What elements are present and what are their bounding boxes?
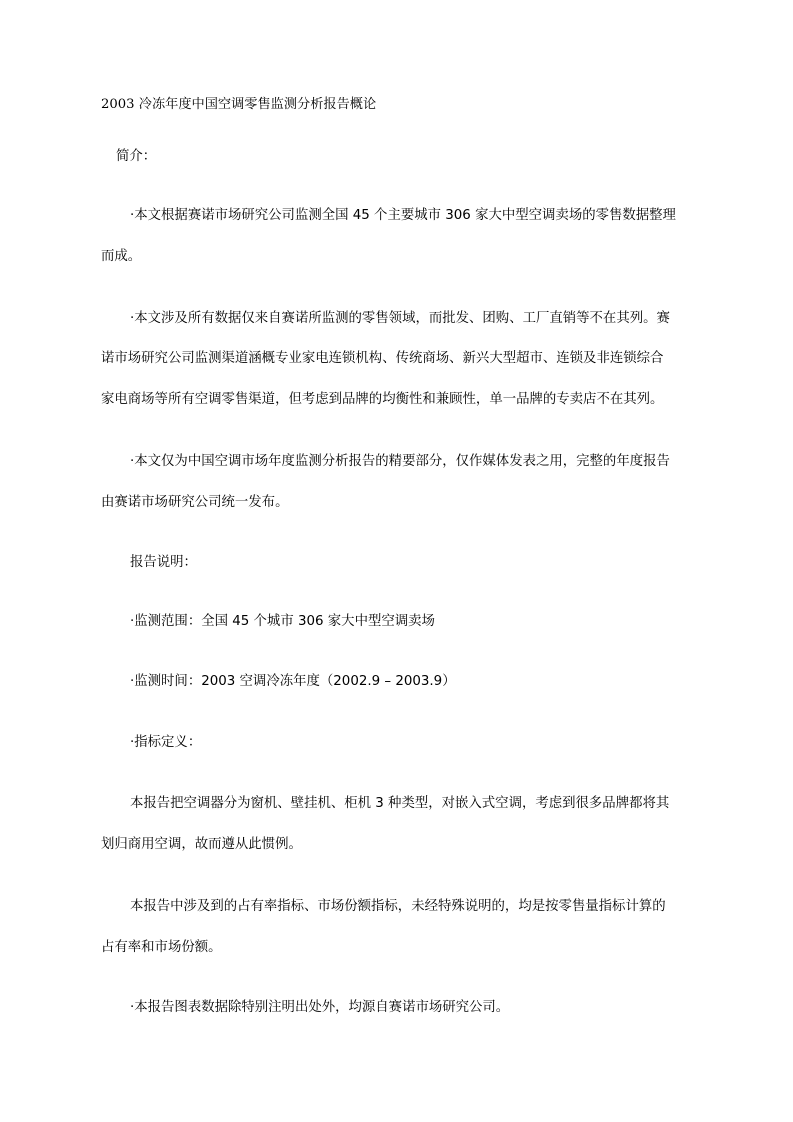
document-page: 2003 冷冻年度中国空调零售监测分析报告概论 简介： ·本文根据赛诺市场研究公… (0, 0, 793, 1122)
definitions-heading: ·指标定义： (130, 734, 730, 752)
definition-1-line-2: 划归商用空调，故而遵从此惯例。 (101, 836, 701, 854)
intro-paragraph-2-line-2: 诺市场研究公司监测渠道涵概专业家电连锁机构、传统商场、新兴大型超市、连锁及非连锁… (101, 350, 701, 368)
intro-paragraph-3-line-1: ·本文仅为中国空调市场年度监测分析报告的精要部分，仅作媒体发表之用，完整的年度报… (130, 453, 730, 471)
definition-2-line-2: 占有率和市场份额。 (101, 939, 701, 957)
document-title: 2003 冷冻年度中国空调零售监测分析报告概论 (101, 96, 701, 114)
intro-paragraph-1-line-1: ·本文根据赛诺市场研究公司监测全国 45 个主要城市 306 家大中型空调卖场的… (130, 207, 730, 225)
definition-2-line-1: 本报告中涉及到的占有率指标、市场份额指标，未经特殊说明的，均是按零售量指标计算的 (130, 898, 730, 916)
intro-heading: 简介： (116, 148, 716, 166)
intro-paragraph-2-line-1: ·本文涉及所有数据仅来自赛诺所监测的零售领域，而批发、团购、工厂直销等不在其列。… (130, 310, 730, 328)
report-notes-heading: 报告说明： (130, 554, 730, 572)
data-source-note: ·本报告图表数据除特别注明出处外，均源自赛诺市场研究公司。 (130, 999, 730, 1017)
intro-paragraph-1-line-2: 而成。 (101, 248, 701, 266)
monitoring-period: ·监测时间：2003 空调冷冻年度（2002.9 – 2003.9） (130, 673, 730, 691)
monitoring-scope: ·监测范围：全国 45 个城市 306 家大中型空调卖场 (130, 613, 730, 631)
intro-paragraph-2-line-3: 家电商场等所有空调零售渠道，但考虑到品牌的均衡性和兼顾性，单一品牌的专卖店不在其… (101, 391, 701, 409)
definition-1-line-1: 本报告把空调器分为窗机、壁挂机、柜机 3 种类型，对嵌入式空调，考虑到很多品牌都… (130, 795, 730, 813)
intro-paragraph-3-line-2: 由赛诺市场研究公司统一发布。 (101, 494, 701, 512)
